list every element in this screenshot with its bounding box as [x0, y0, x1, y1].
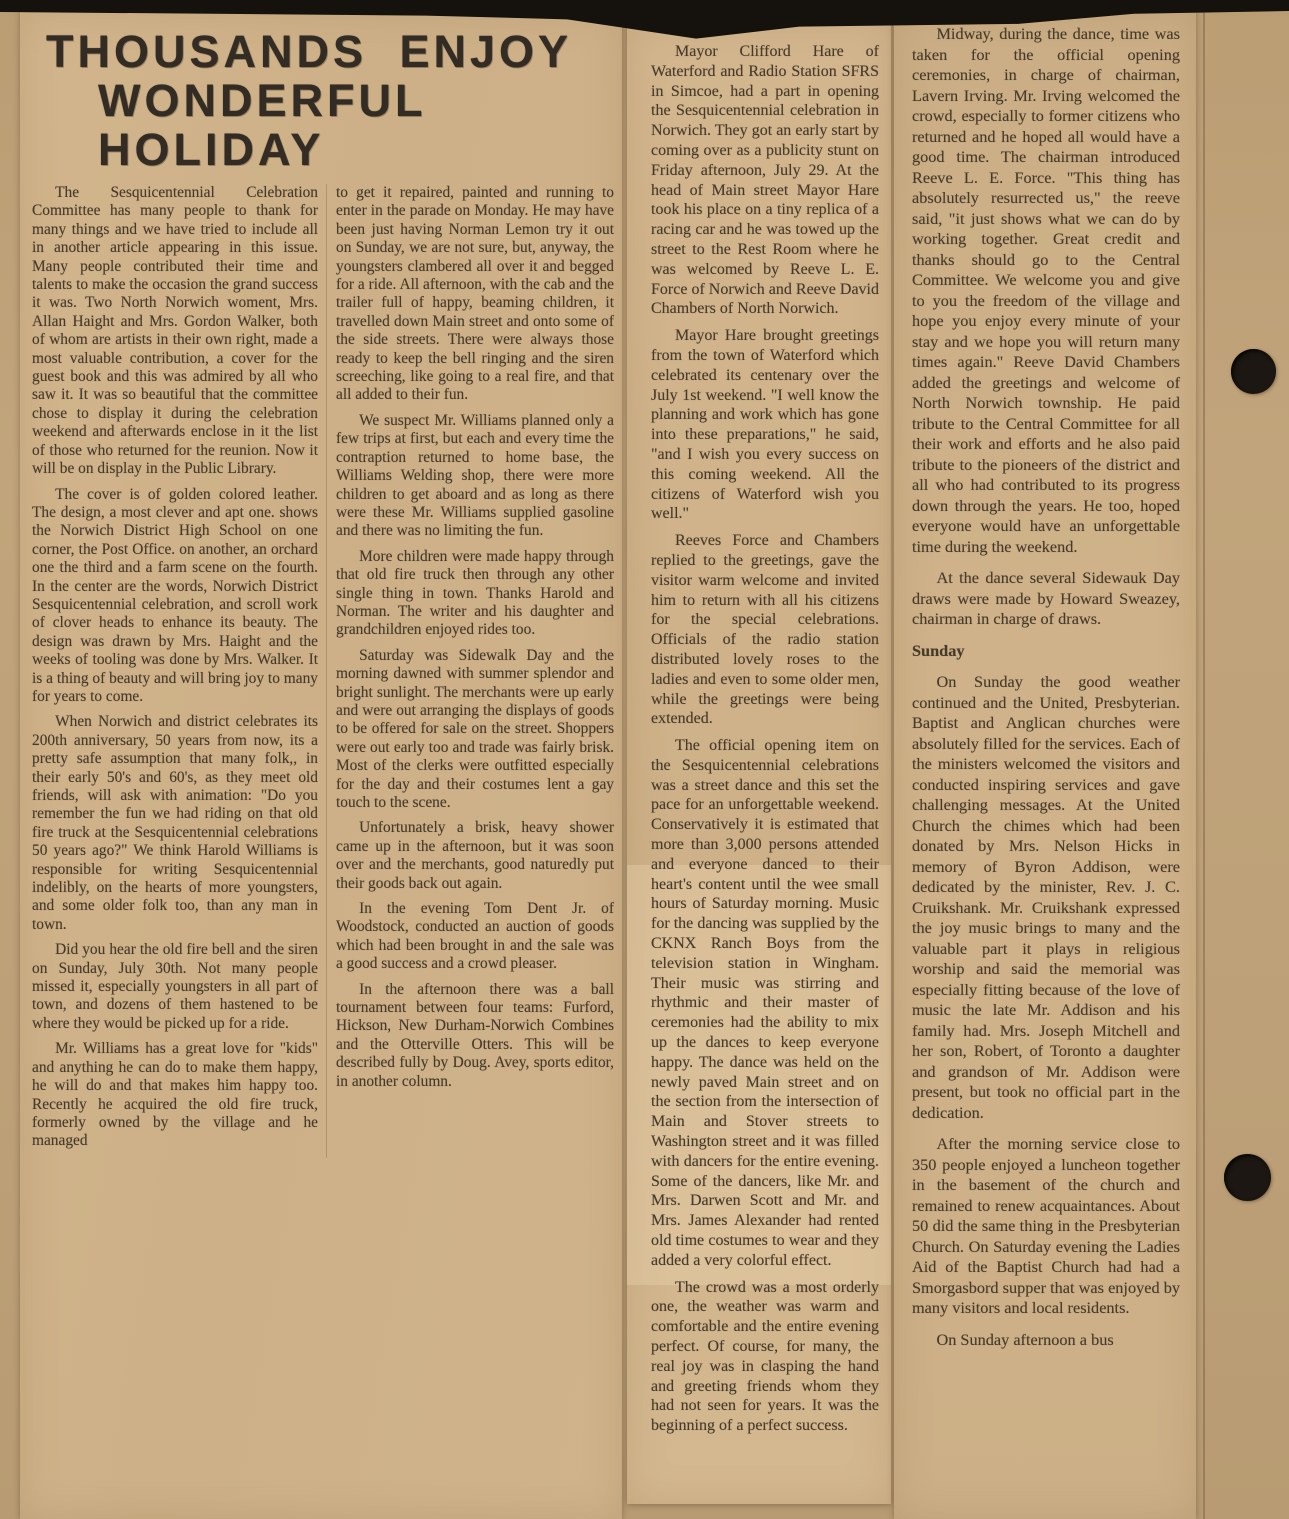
- article-paragraph: After the morning service close to 350 p…: [912, 1134, 1180, 1319]
- headline-line-1: THOUSANDS ENJOY: [46, 27, 614, 76]
- punch-hole-bottom: [1224, 1154, 1271, 1201]
- article-paragraph: The cover is of golden colored leather. …: [32, 486, 318, 707]
- clipping-column-4: Midway, during the dance, time was taken…: [894, 9, 1196, 1519]
- article-paragraph: When Norwich and district celebrates its…: [32, 713, 318, 934]
- article-paragraph: In the afternoon there was a ball tourna…: [336, 981, 614, 1091]
- article-paragraph: Reeves Force and Chambers replied to the…: [651, 531, 879, 729]
- article-paragraph: Saturday was Sidewalk Day and the mornin…: [336, 647, 614, 813]
- article-paragraph: In the evening Tom Dent Jr. of Woodstock…: [336, 900, 614, 974]
- article-column-2: to get it repaired, painted and running …: [326, 184, 614, 1158]
- columns-1-2-wrapper: The Sesquicentennial Celebration Committ…: [20, 178, 622, 1158]
- article-paragraph: On Sunday the good weather continued and…: [912, 672, 1180, 1123]
- article-paragraph: More children were made happy through th…: [336, 548, 614, 640]
- punch-hole-top: [1231, 349, 1276, 394]
- clipping-column-3: Mayor Clifford Hare of Waterford and Rad…: [627, 20, 891, 1504]
- article-paragraph: Midway, during the dance, time was taken…: [912, 24, 1180, 557]
- article-paragraph: On Sunday afternoon a bus: [912, 1330, 1180, 1351]
- clipping-headline-and-columns-1-2: THOUSANDS ENJOY WONDERFUL HOLIDAY The Se…: [20, 11, 622, 1519]
- article-paragraph: Unfortunately a brisk, heavy shower came…: [336, 819, 614, 893]
- headline-line-2: WONDERFUL HOLIDAY: [98, 76, 614, 174]
- article-paragraph: Mr. Williams has a great love for "kids"…: [32, 1040, 318, 1150]
- article-paragraph: Mayor Hare brought greetings from the to…: [651, 326, 879, 524]
- article-paragraph: The crowd was a most orderly one, the we…: [651, 1278, 879, 1436]
- article-column-3: Mayor Clifford Hare of Waterford and Rad…: [627, 20, 891, 1436]
- board-crease: [1203, 0, 1205, 1519]
- article-paragraph: We suspect Mr. Williams planned only a f…: [336, 412, 614, 541]
- scanned-newspaper-page: { "headline": { "line1": "THOUSANDS ENJO…: [0, 0, 1289, 1519]
- article-paragraph: The official opening item on the Sesquic…: [651, 736, 879, 1271]
- article-paragraph: Did you hear the old fire bell and the s…: [32, 941, 318, 1033]
- article-paragraph: At the dance several Sidewauk Day draws …: [912, 568, 1180, 630]
- article-headline: THOUSANDS ENJOY WONDERFUL HOLIDAY: [20, 11, 622, 178]
- article-paragraph: to get it repaired, painted and running …: [336, 184, 614, 405]
- article-paragraph: Mayor Clifford Hare of Waterford and Rad…: [651, 42, 879, 319]
- article-column-4: Midway, during the dance, time was taken…: [894, 9, 1196, 1350]
- subheading-sunday: Sunday: [912, 641, 1180, 662]
- article-column-1: The Sesquicentennial Celebration Committ…: [32, 184, 318, 1158]
- article-paragraph: The Sesquicentennial Celebration Committ…: [32, 184, 318, 479]
